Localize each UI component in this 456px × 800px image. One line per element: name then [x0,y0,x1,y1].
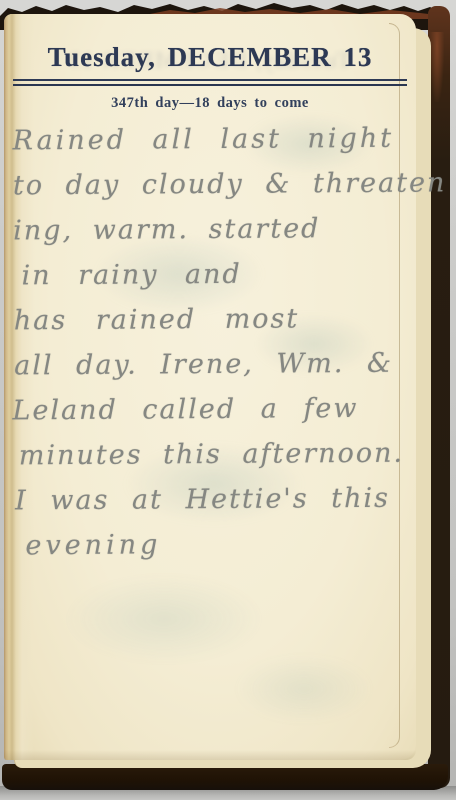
page-bottom-shade [4,750,416,760]
diary-page: Tuesday, DECEMBER 13 Tuesday, DECEMBER 1… [4,14,416,760]
book-cover-right-edge [428,6,450,788]
ink-bleed-smudge [64,574,264,664]
diary-entry-line: evening [25,521,413,569]
printed-header: Tuesday, DECEMBER 13 Tuesday, DECEMBER 1… [4,42,416,112]
diary-entry-line: all day. Irene, Wm. & [14,341,412,389]
header-double-rule [13,79,407,86]
diary-entry-line: in rainy and [21,251,411,299]
diary-entry-line: Leland called a few [12,386,412,434]
diary-entry-line: I was at Hettie's this [15,476,413,524]
diary-entry-line: to day cloudy & threaten [13,161,411,209]
diary-entry-line: ing, warm. started [13,206,411,254]
diary-entry-line: minutes this afternoon. [19,431,413,479]
day-count-subtitle: 347th day—18 days to come [4,95,416,112]
diary-entry-line: has rained most [14,296,412,344]
handwritten-entry: Rained all last night to day cloudy & th… [12,116,413,569]
date-heading: Tuesday, DECEMBER 13 [4,42,416,73]
diary-entry-line: Rained all last night [12,116,410,164]
ink-bleed-smudge [234,654,374,724]
